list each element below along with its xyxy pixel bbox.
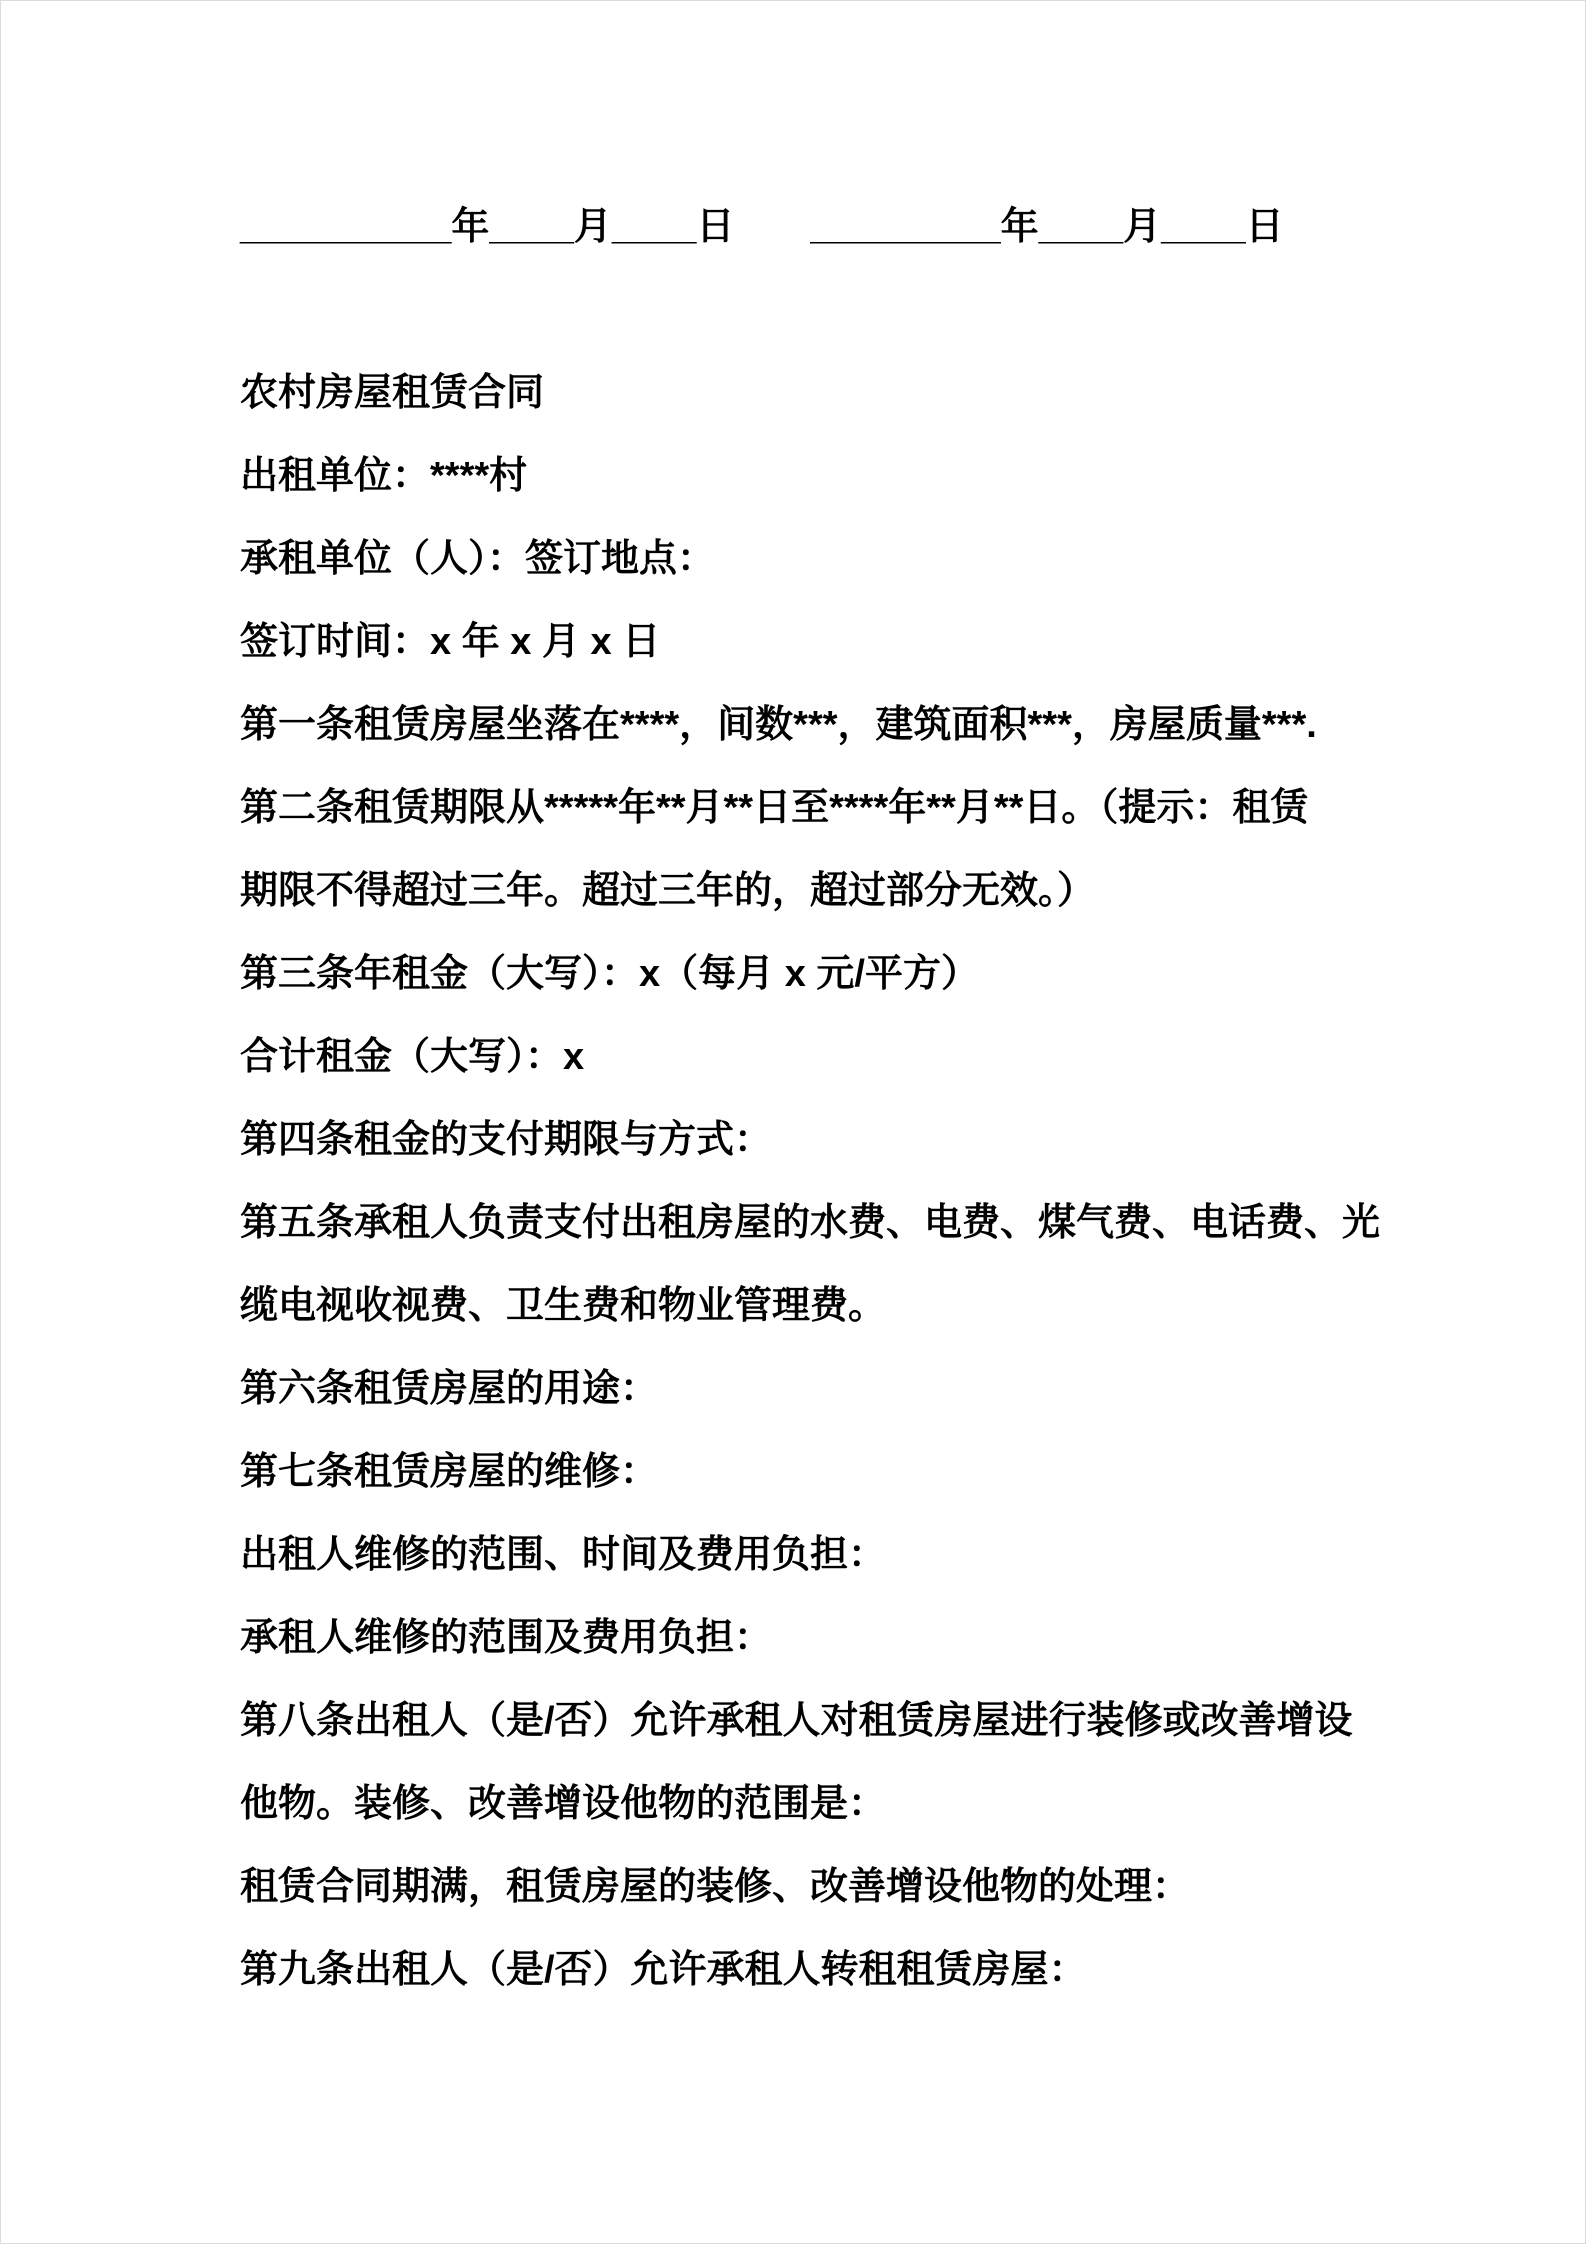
- document-title: 农村房屋租赁合同: [240, 352, 1440, 435]
- contract-line-article7: 第七条租赁房屋的维修：: [240, 1431, 1440, 1514]
- contract-line-lessee-repair: 承租人维修的范围及费用负担：: [240, 1597, 1440, 1680]
- contract-body: __________年____月____日 _________年____月___…: [240, 186, 1440, 2012]
- contract-line-article8-cont: 他物。装修、改善增设他物的范围是：: [240, 1763, 1440, 1846]
- contract-line-article2-cont: 期限不得超过三年。超过三年的，超过部分无效。）: [240, 850, 1440, 933]
- date-fill-in-line: __________年____月____日 _________年____月___…: [240, 186, 1440, 269]
- contract-line-signing-time: 签订时间：x 年 x 月 x 日: [240, 601, 1440, 684]
- contract-line-lessor-repair: 出租人维修的范围、时间及费用负担：: [240, 1514, 1440, 1597]
- contract-line-article1: 第一条租赁房屋坐落在****，间数***，建筑面积***，房屋质量***.: [240, 684, 1440, 767]
- contract-line-expiry-handling: 租赁合同期满，租赁房屋的装修、改善增设他物的处理：: [240, 1846, 1440, 1929]
- contract-line-article4: 第四条租金的支付期限与方式：: [240, 1099, 1440, 1182]
- contract-line-article5: 第五条承租人负责支付出租房屋的水费、电费、煤气费、电话费、光: [240, 1182, 1440, 1265]
- contract-line-article8: 第八条出租人（是/否）允许承租人对租赁房屋进行装修或改善增设: [240, 1680, 1440, 1763]
- contract-line-total-rent: 合计租金（大写）：x: [240, 1016, 1440, 1099]
- contract-line-article9: 第九条出租人（是/否）允许承租人转租租赁房屋：: [240, 1929, 1440, 2012]
- contract-line-article6: 第六条租赁房屋的用途：: [240, 1348, 1440, 1431]
- contract-line-article3: 第三条年租金（大写）：x（每月 x 元/平方）: [240, 933, 1440, 1016]
- contract-line-article2: 第二条租赁期限从*****年**月**日至****年**月**日。（提示：租赁: [240, 767, 1440, 850]
- contract-line-lessor: 出租单位：****村: [240, 435, 1440, 518]
- document-page: __________年____月____日 _________年____月___…: [0, 0, 1586, 2244]
- contract-line-lessee: 承租单位（人）：签订地点：: [240, 518, 1440, 601]
- contract-line-article5-cont: 缆电视收视费、卫生费和物业管理费。: [240, 1265, 1440, 1348]
